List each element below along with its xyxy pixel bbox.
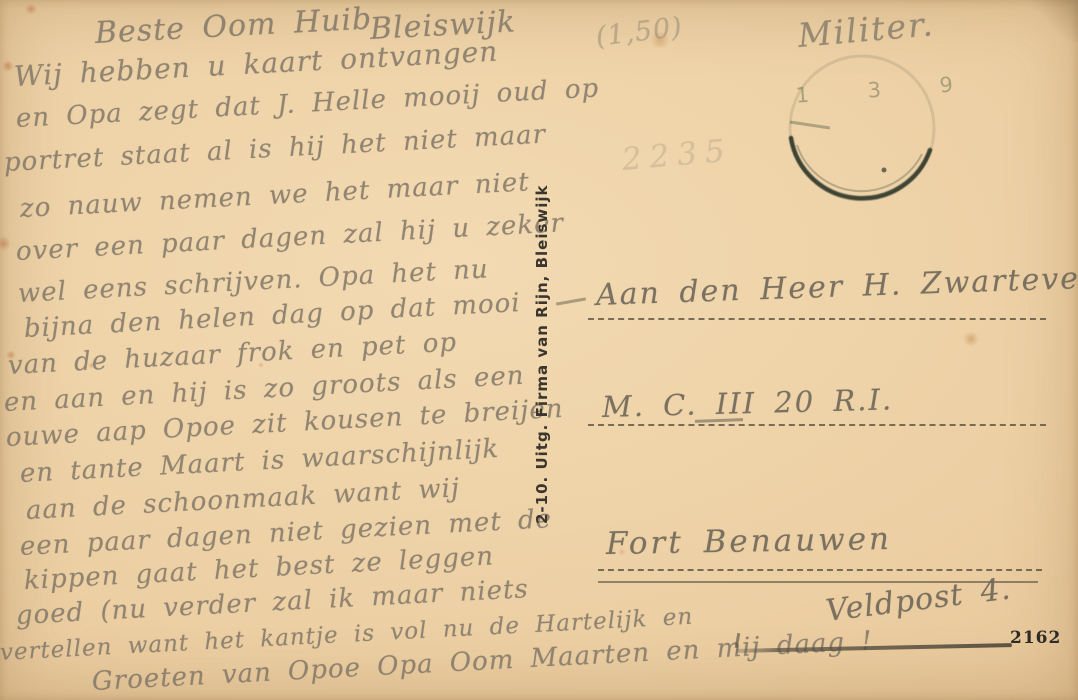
postmark-smudge: [790, 122, 830, 128]
serial-number: 2162: [1010, 628, 1061, 648]
pencil-underline: [695, 418, 743, 423]
stain: [962, 332, 980, 346]
pencil-dash: [556, 297, 586, 305]
postmark-date-digits: 1 3 9: [795, 71, 962, 108]
postcard-back: Beste Oom Huib Bleiswijk Wij hebben u ka…: [0, 0, 1078, 700]
publisher-imprint: 2-10. Uitg. Firma van Rijn, Bleiswijk: [533, 184, 551, 524]
address-rule-dotted-1: [588, 318, 1046, 320]
address-recipient: Aan den Heer H. Zwarteveld: [595, 260, 1078, 313]
stain: [2, 60, 14, 72]
postmark-stamp: 1 3 9: [772, 50, 962, 220]
address-rule-dotted-2: [588, 424, 1046, 426]
corner-shade: [1024, 0, 1078, 42]
stain: [24, 4, 38, 14]
address-rule-dotted-3: [598, 569, 1042, 571]
price-pencil-note: (1,50): [594, 11, 684, 52]
militer-note: Militer.: [796, 4, 936, 55]
faint-pencil-number: 2235: [620, 132, 734, 178]
address-unit: M. C. III 20 R.I.: [602, 382, 894, 424]
stain: [0, 236, 11, 251]
postmark-ink-dot: [882, 168, 887, 173]
postmark-arc: [791, 138, 930, 198]
address-location: Fort Benauwen: [606, 521, 893, 562]
